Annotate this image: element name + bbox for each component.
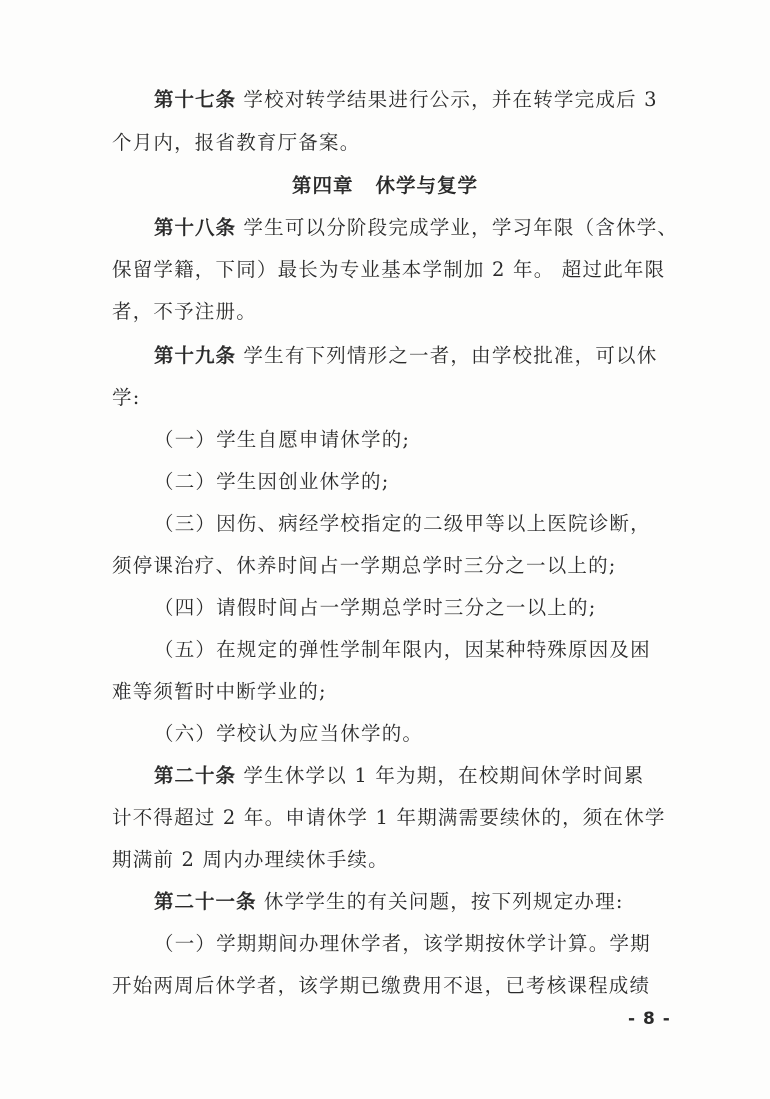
article-19-line-1: 第十九条 学生有下列情形之一者，由学校批准，可以休: [154, 344, 714, 368]
article-20-line-2: 计不得超过 2 年。申请休学 1 年期满需要续休的，须在休学: [112, 806, 672, 830]
article-19-item-3-line-2: 须停课治疗、休养时间占一学期总学时三分之一以上的;: [112, 554, 672, 578]
article-label: 第十七条: [154, 88, 236, 111]
article-19-item-4: （四）请假时间占一学期总学时三分之一以上的;: [154, 596, 714, 620]
article-19-item-5-line-2: 难等须暂时中断学业的;: [112, 680, 672, 704]
article-21-item-1-line-1: （一）学期期间办理休学者，该学期按休学计算。学期: [154, 932, 714, 956]
chapter-number: 第四章: [292, 174, 354, 197]
page-number: - 8 -: [628, 1009, 671, 1029]
article-19-item-1: （一）学生自愿申请休学的;: [154, 428, 714, 452]
article-18-line-2: 保留学籍，下同）最长为专业基本学制加 2 年。 超过此年限: [112, 258, 672, 282]
article-label: 第十八条: [154, 216, 236, 239]
article-21-line-1: 第二十一条 休学学生的有关问题，按下列规定办理:: [154, 890, 714, 914]
article-19-item-2: （二）学生因创业休学的;: [154, 470, 714, 494]
article-label: 第二十一条: [154, 890, 257, 913]
article-19-item-5-line-1: （五）在规定的弹性学制年限内，因某种特殊原因及困: [154, 638, 714, 662]
article-17-line-2: 个月内，报省教育厅备案。: [112, 131, 672, 155]
document-page: 第十七条 学校对转学结果进行公示，并在转学完成后 3 个月内，报省教育厅备案。 …: [0, 0, 770, 1099]
article-18-line-3: 者，不予注册。: [112, 300, 672, 324]
article-20-line-3: 期满前 2 周内办理续休手续。: [112, 848, 672, 872]
article-label: 第十九条: [154, 344, 236, 367]
article-21-item-1-line-2: 开始两周后休学者，该学期已缴费用不退，已考核课程成绩: [112, 974, 672, 998]
chapter-heading: 第四章休学与复学: [0, 174, 770, 198]
article-18-line-1: 第十八条 学生可以分阶段完成学业，学习年限（含休学、: [154, 216, 714, 240]
article-19-item-3-line-1: （三）因伤、病经学校指定的二级甲等以上医院诊断，: [154, 512, 714, 536]
article-label: 第二十条: [154, 764, 236, 787]
article-19-item-6: （六）学校认为应当休学的。: [154, 722, 714, 746]
article-20-line-1: 第二十条 学生休学以 1 年为期，在校期间休学时间累: [154, 764, 714, 788]
chapter-title: 休学与复学: [376, 174, 479, 197]
article-19-line-2: 学:: [112, 386, 672, 410]
article-17-line-1: 第十七条 学校对转学结果进行公示，并在转学完成后 3: [154, 88, 714, 112]
